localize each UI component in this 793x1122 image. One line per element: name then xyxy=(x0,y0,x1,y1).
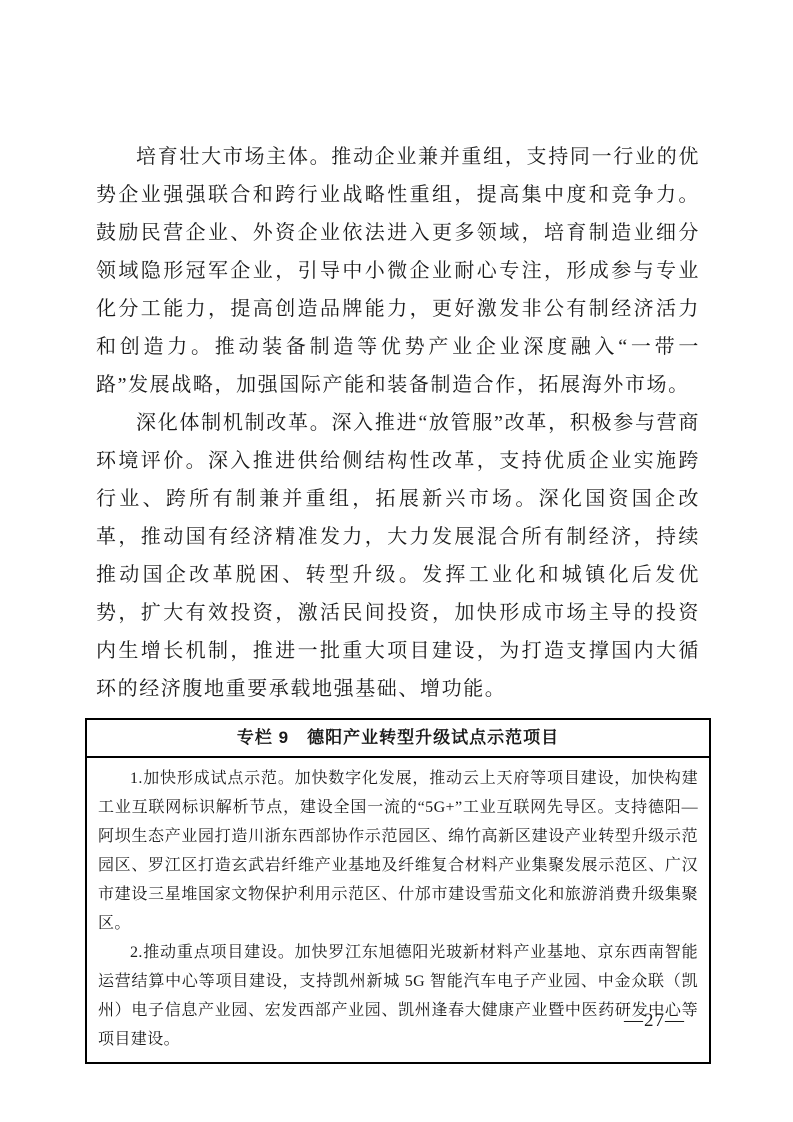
document-page: 培育壮大市场主体。推动企业兼并重组，支持同一行业的优势企业强强联合和跨行业战略性… xyxy=(0,0,793,1122)
document-content: 培育壮大市场主体。推动企业兼并重组，支持同一行业的优势企业强强联合和跨行业战略性… xyxy=(85,138,711,1064)
feature-box-paragraph-2: 2.推动重点项目建设。加快罗江东旭德阳光玻新材料产业基地、京东西南智能运营结算中… xyxy=(98,938,698,1054)
body-paragraph-2: 深化体制机制改革。深入推进“放管服”改革，积极参与营商环境评价。深入推进供给侧结… xyxy=(96,404,700,708)
body-paragraph-1: 培育壮大市场主体。推动企业兼并重组，支持同一行业的优势企业强强联合和跨行业战略性… xyxy=(96,138,700,404)
feature-box: 专栏 9 德阳产业转型升级试点示范项目 1.加快形成试点示范。加快数字化发展，推… xyxy=(85,718,711,1064)
feature-box-paragraph-1: 1.加快形成试点示范。加快数字化发展，推动云上天府等项目建设，加快构建工业互联网… xyxy=(98,764,698,938)
page-number: —27— xyxy=(624,1010,685,1032)
feature-box-body: 1.加快形成试点示范。加快数字化发展，推动云上天府等项目建设，加快构建工业互联网… xyxy=(87,758,709,1062)
feature-box-title: 专栏 9 德阳产业转型升级试点示范项目 xyxy=(87,720,709,758)
